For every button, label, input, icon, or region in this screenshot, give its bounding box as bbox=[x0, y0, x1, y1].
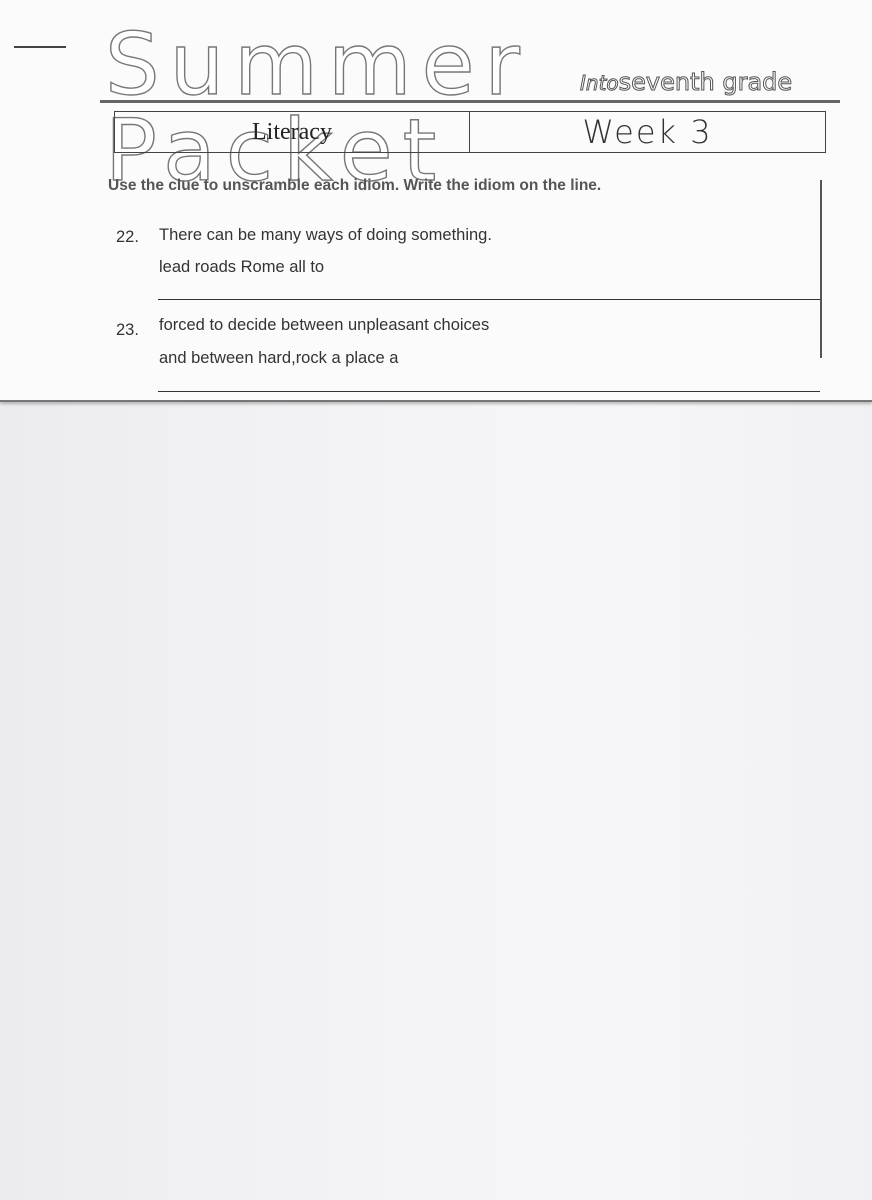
header-table: Literacy Week 3 bbox=[114, 111, 826, 153]
question-number: 23. bbox=[116, 321, 139, 340]
answer-line-22[interactable] bbox=[158, 299, 820, 300]
grade-subtitle: Intoseventh grade bbox=[580, 70, 792, 94]
scrambled-words: and between hard,rock a place a bbox=[159, 349, 398, 368]
scanner-background bbox=[0, 400, 872, 1200]
margin-mark bbox=[14, 46, 66, 48]
scrambled-words: lead roads Rome all to bbox=[159, 258, 324, 277]
answer-line-23[interactable] bbox=[158, 391, 820, 392]
subtitle-prefix: Into bbox=[580, 71, 619, 95]
section-border bbox=[820, 180, 822, 358]
week-label: Week 3 bbox=[470, 112, 825, 152]
question-clue: forced to decide between unpleasant choi… bbox=[159, 316, 489, 335]
subtitle-text: seventh grade bbox=[619, 68, 793, 96]
page-title: Summer Packet bbox=[105, 22, 872, 194]
question-clue: There can be many ways of doing somethin… bbox=[159, 226, 492, 245]
instructions: Use the clue to unscramble each idiom. W… bbox=[108, 177, 601, 195]
title-underline bbox=[100, 100, 840, 103]
question-number: 22. bbox=[116, 228, 139, 247]
subject-label: Literacy bbox=[115, 112, 470, 152]
worksheet-page: Summer Packet Intoseventh grade Literacy… bbox=[0, 0, 872, 402]
